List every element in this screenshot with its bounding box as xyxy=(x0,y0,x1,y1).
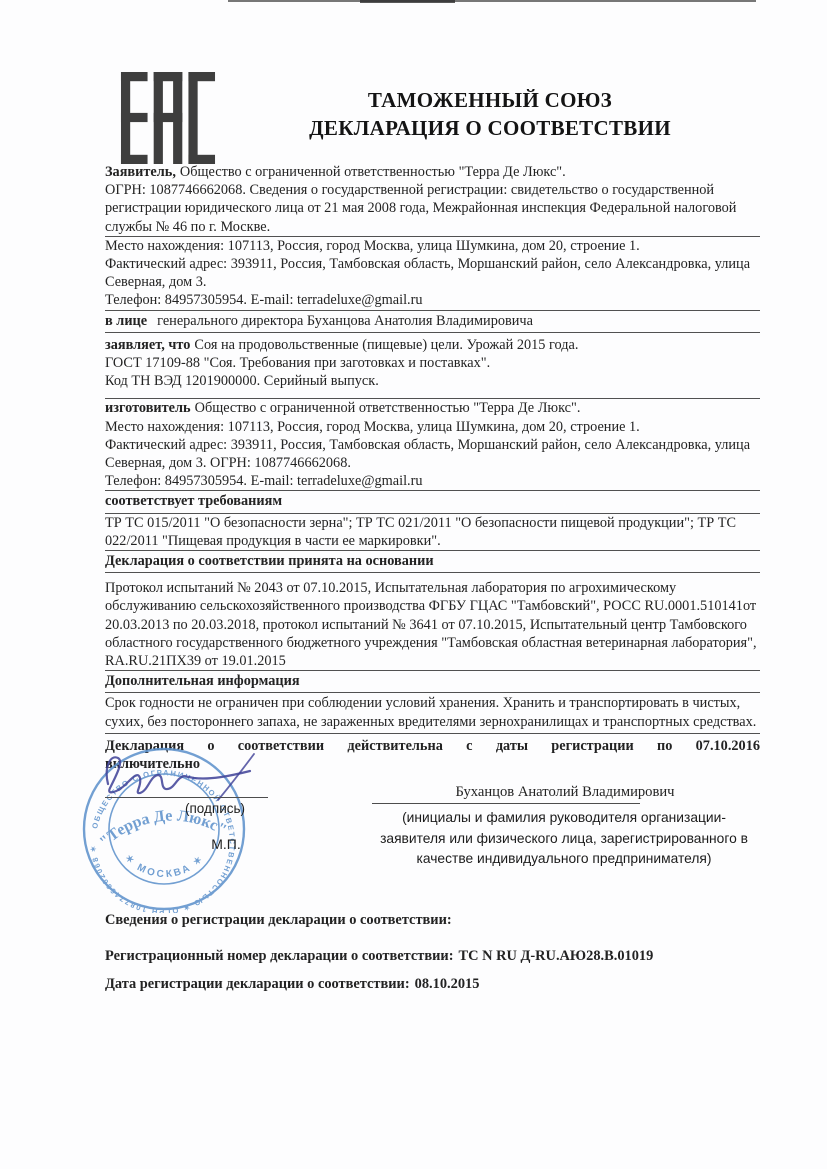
title-line2: ДЕКЛАРАЦИЯ О СООТВЕТСТВИИ xyxy=(235,114,745,142)
name-caption-line3: качестве индивидуального предпринимателя… xyxy=(352,849,776,870)
applicant-name: Общество с ограниченной ответственностью… xyxy=(180,164,566,180)
applicant-line: Заявитель,Общество с ограниченной ответс… xyxy=(105,163,760,181)
additional-info-text: Срок годности не ограничен при соблюдени… xyxy=(105,693,760,733)
representative-section: в лицегенерального директора Буханцова А… xyxy=(105,311,760,333)
registration-number-label: Регистрационный номер декларации о соотв… xyxy=(105,948,454,964)
document-body: Заявитель,Общество с ограниченной ответс… xyxy=(105,163,760,773)
registration-date-value: 08.10.2015 xyxy=(415,976,480,992)
name-underline xyxy=(372,803,640,804)
eac-letter-e xyxy=(121,72,148,164)
product-gost: ГОСТ 17109-88 "Соя. Требования при загот… xyxy=(105,354,760,372)
compliance-heading: соответствует требованиям xyxy=(105,491,760,513)
declaration-document: ТАМОЖЕННЫЙ СОЮЗ ДЕКЛАРАЦИЯ О СООТВЕТСТВИ… xyxy=(0,0,827,1169)
signature-caption: (подпись) xyxy=(160,801,270,816)
applicant-phone: Телефон: 84957305954. E-mail: terradelux… xyxy=(105,291,760,310)
head-of-org-name: Буханцов Анатолий Владимирович xyxy=(380,784,750,801)
document-title: ТАМОЖЕННЫЙ СОЮЗ ДЕКЛАРАЦИЯ О СООТВЕТСТВИ… xyxy=(235,86,745,142)
product-label: заявляет, что xyxy=(105,337,190,353)
basis-text: Протокол испытаний № 2043 от 07.10.2015,… xyxy=(105,573,760,671)
title-line1: ТАМОЖЕННЫЙ СОЮЗ xyxy=(235,86,745,114)
product-section: заявляет, чтоСоя на продовольственные (п… xyxy=(105,333,760,400)
additional-info-heading: Дополнительная информация xyxy=(105,671,760,693)
applicant-section: Заявитель,Общество с ограниченной ответс… xyxy=(105,163,760,311)
name-caption-line1: (инициалы и фамилия руководителя организ… xyxy=(352,808,776,829)
name-caption-line2: заявителя или физического лица, зарегист… xyxy=(352,829,776,850)
manufacturer-line: изготовительОбщество с ограниченной отве… xyxy=(105,399,760,417)
manufacturer-actual-address: Фактический адрес: 393911, Россия, Тамбо… xyxy=(105,436,760,472)
eac-letter-a xyxy=(154,72,183,164)
scan-artifact-blob xyxy=(360,0,455,3)
signature-line xyxy=(105,797,268,798)
applicant-registration: ОГРН: 1087746662068. Сведения о государс… xyxy=(105,181,760,237)
registration-date-line: Дата регистрации декларации о соответств… xyxy=(105,976,765,993)
representative-text: генерального директора Буханцова Анатоли… xyxy=(157,313,533,329)
seal-place-caption: М.П. xyxy=(196,836,256,852)
compliance-text: ТР ТС 015/2011 "О безопасности зерна"; Т… xyxy=(105,514,760,551)
eac-logo xyxy=(120,72,216,164)
registration-number-value: ТС N RU Д-RU.АЮ28.В.01019 xyxy=(459,948,654,964)
manufacturer-name: Общество с ограниченной ответственностью… xyxy=(195,400,581,416)
applicant-label: Заявитель, xyxy=(105,164,176,180)
registration-number-line: Регистрационный номер декларации о соотв… xyxy=(105,948,765,965)
product-text: Соя на продовольственные (пищевые) цели.… xyxy=(194,337,578,353)
registration-date-label: Дата регистрации декларации о соответств… xyxy=(105,976,410,992)
basis-heading: Декларация о соответствии принята на осн… xyxy=(105,551,760,573)
applicant-location: Место нахождения: 107113, Россия, город … xyxy=(105,237,760,255)
manufacturer-location: Место нахождения: 107113, Россия, город … xyxy=(105,418,760,436)
name-caption: (инициалы и фамилия руководителя организ… xyxy=(352,808,776,870)
product-line: заявляет, чтоСоя на продовольственные (п… xyxy=(105,336,760,354)
scan-artifact-line xyxy=(228,0,756,2)
representative-label: в лице xyxy=(105,313,147,329)
manufacturer-phone: Телефон: 84957305954. E-mail: terradelux… xyxy=(105,472,760,491)
manufacturer-label: изготовитель xyxy=(105,400,191,416)
product-code: Код ТН ВЭД 1201900000. Серийный выпуск. xyxy=(105,372,760,390)
registration-info-heading: Сведения о регистрации декларации о соот… xyxy=(105,912,765,929)
manufacturer-section: изготовительОбщество с ограниченной отве… xyxy=(105,399,760,491)
applicant-actual-address: Фактический адрес: 393911, Россия, Тамбо… xyxy=(105,255,760,291)
eac-letter-c xyxy=(188,72,215,164)
